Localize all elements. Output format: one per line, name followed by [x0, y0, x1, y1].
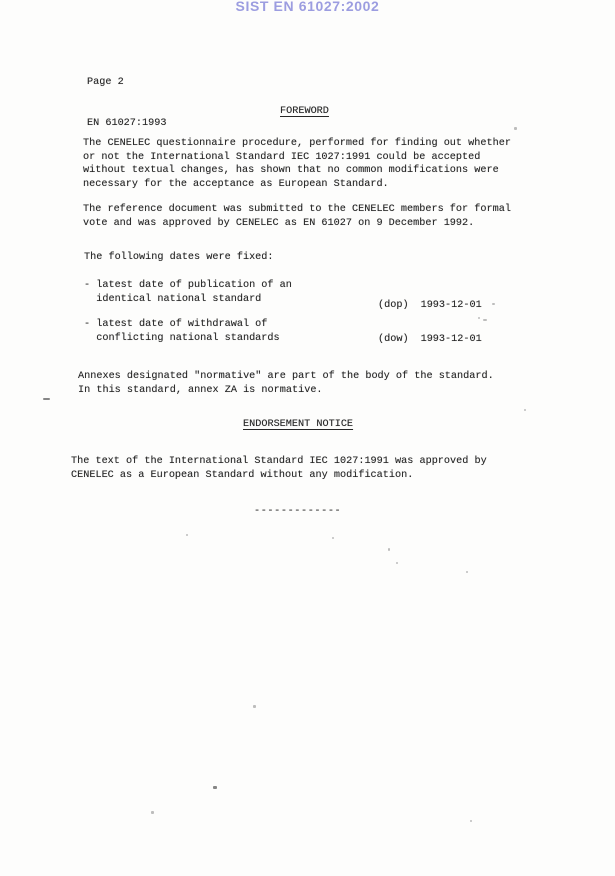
date-value-dop: (dop)1993-12-01	[378, 299, 482, 313]
scan-speck	[253, 705, 256, 708]
scan-speck	[478, 317, 480, 319]
page-number: Page 2	[87, 76, 166, 90]
scan-speck	[466, 571, 468, 573]
foreword-paragraph-reference-document: The reference document was submitted to …	[83, 203, 511, 230]
date-value-dow: (dow)1993-12-01	[378, 333, 482, 347]
sist-watermark: SIST EN 61027:2002	[0, 0, 615, 14]
foreword-paragraph-questionnaire: The CENELEC questionnaire procedure, per…	[83, 137, 511, 191]
dates-intro-line: The following dates were fixed:	[84, 251, 274, 265]
scan-speck	[388, 548, 390, 551]
annexes-note: Annexes designated "normative" are part …	[78, 370, 494, 397]
scan-speck	[186, 534, 188, 536]
date-dow: 1993-12-01	[421, 334, 482, 345]
document-page: SIST EN 61027:2002 Page 2 EN 61027:1993 …	[0, 0, 615, 876]
scan-speck	[514, 127, 517, 130]
endorsement-paragraph: The text of the International Standard I…	[71, 455, 487, 482]
scan-speck	[470, 820, 472, 822]
date-item-publication: - latest date of publication of an ident…	[84, 279, 292, 306]
date-code-dop: (dop)	[378, 300, 409, 311]
scan-speck	[151, 811, 154, 814]
scan-speck	[396, 562, 398, 564]
foreword-heading: FOREWORD	[280, 105, 329, 119]
scan-speck	[483, 319, 487, 321]
scan-speck	[492, 303, 495, 305]
scan-speck	[332, 537, 334, 539]
end-separator: -------------	[254, 505, 341, 519]
scan-speck	[524, 409, 526, 411]
date-dop: 1993-12-01	[421, 300, 482, 311]
standard-reference: EN 61027:1993	[87, 117, 166, 131]
scan-speck	[43, 398, 50, 400]
date-item-withdrawal: - latest date of withdrawal of conflicti…	[84, 318, 280, 345]
date-code-dow: (dow)	[378, 334, 409, 345]
endorsement-heading: ENDORSEMENT NOTICE	[243, 418, 353, 432]
scan-speck	[213, 786, 217, 789]
